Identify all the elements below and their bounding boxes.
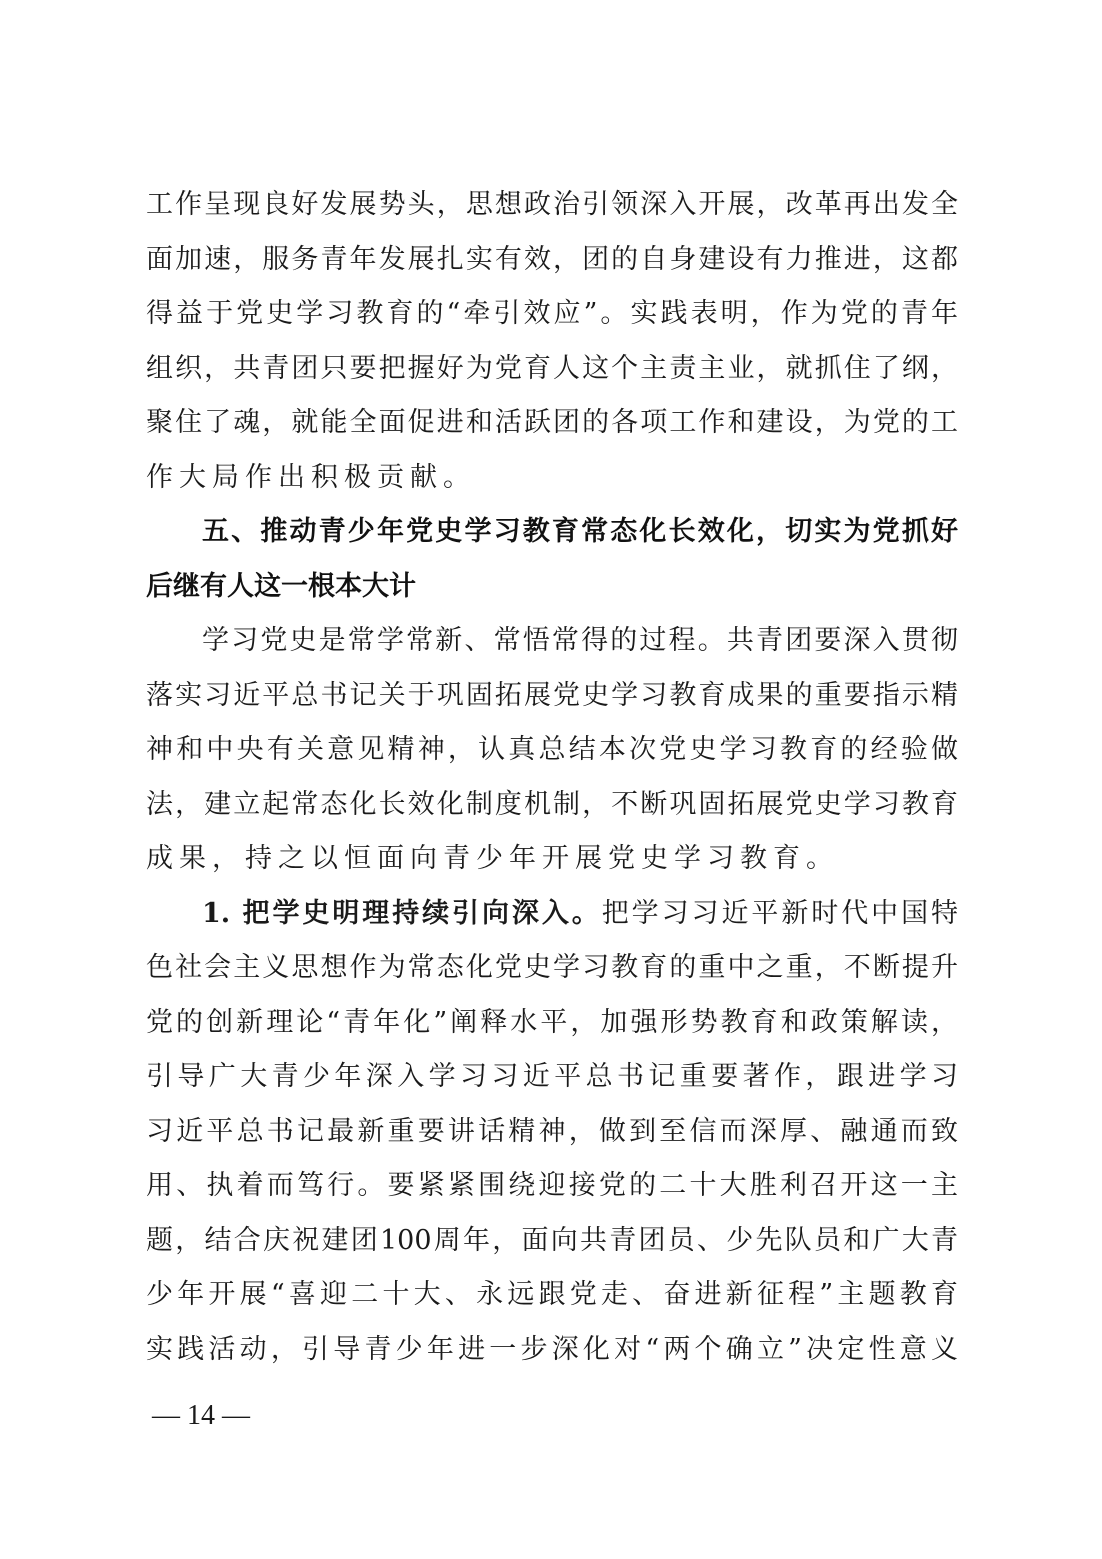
paragraph-item-1: 1. 把学史明理持续引向深入。把学习习近平新时代中国特 色社会主义思想作为常态化… bbox=[146, 887, 958, 1378]
text-line: 1. 把学史明理持续引向深入。把学习习近平新时代中国特 bbox=[146, 887, 958, 942]
item-text: 把学习习近平新时代中国特 bbox=[602, 898, 958, 929]
text-line: 习近平总书记最新重要讲话精神，做到至信而深厚、融通而致 bbox=[146, 1105, 958, 1160]
heading-line: 五、推动青少年党史学习教育常态化长效化，切实为党抓好 bbox=[146, 505, 958, 560]
text-line: 面加速，服务青年发展扎实有效，团的自身建设有力推进，这都 bbox=[146, 233, 958, 288]
text-line: 工作呈现良好发展势头，思想政治引领深入开展，改革再出发全 bbox=[146, 178, 958, 233]
page-number: — 14 — bbox=[152, 1400, 250, 1432]
document-page: 工作呈现良好发展势头，思想政治引领深入开展，改革再出发全 面加速，服务青年发展扎… bbox=[146, 178, 958, 1377]
text-line: 实践活动，引导青少年进一步深化对“两个确立”决定性意义 bbox=[146, 1323, 958, 1378]
text-line: 神和中央有关意见精神，认真总结本次党史学习教育的经验做 bbox=[146, 723, 958, 778]
text-line: 少年开展“喜迎二十大、永远跟党走、奋进新征程”主题教育 bbox=[146, 1268, 958, 1323]
text-line: 组织，共青团只要把握好为党育人这个主责主业，就抓住了纲， bbox=[146, 342, 958, 397]
text-line: 用、执着而笃行。要紧紧围绕迎接党的二十大胜利召开这一主 bbox=[146, 1159, 958, 1214]
text-line: 落实习近平总书记关于巩固拓展党史学习教育成果的重要指示精 bbox=[146, 669, 958, 724]
text-line: 题，结合庆祝建团100周年，面向共青团员、少先队员和广大青 bbox=[146, 1214, 958, 1269]
text-line: 得益于党史学习教育的“牵引效应”。实践表明，作为党的青年 bbox=[146, 287, 958, 342]
text-line: 作大局作出积极贡献。 bbox=[146, 451, 958, 506]
text-line: 学习党史是常学常新、常悟常得的过程。共青团要深入贯彻 bbox=[146, 614, 958, 669]
text-line: 聚住了魂，就能全面促进和活跃团的各项工作和建设，为党的工 bbox=[146, 396, 958, 451]
heading-line: 后继有人这一根本大计 bbox=[146, 560, 958, 615]
text-line: 成果，持之以恒面向青少年开展党史学习教育。 bbox=[146, 832, 958, 887]
text-line: 法，建立起常态化长效化制度机制，不断巩固拓展党史学习教育 bbox=[146, 778, 958, 833]
section-heading: 五、推动青少年党史学习教育常态化长效化，切实为党抓好 后继有人这一根本大计 bbox=[146, 505, 958, 614]
item-lead-title: 1. 把学史明理持续引向深入。 bbox=[202, 898, 602, 929]
text-line: 党的创新理论“青年化”阐释水平，加强形势教育和政策解读， bbox=[146, 996, 958, 1051]
text-line: 引导广大青少年深入学习习近平总书记重要著作，跟进学习 bbox=[146, 1050, 958, 1105]
paragraph-continuation: 工作呈现良好发展势头，思想政治引领深入开展，改革再出发全 面加速，服务青年发展扎… bbox=[146, 178, 958, 505]
text-line: 色社会主义思想作为常态化党史学习教育的重中之重，不断提升 bbox=[146, 941, 958, 996]
paragraph-intro: 学习党史是常学常新、常悟常得的过程。共青团要深入贯彻 落实习近平总书记关于巩固拓… bbox=[146, 614, 958, 887]
